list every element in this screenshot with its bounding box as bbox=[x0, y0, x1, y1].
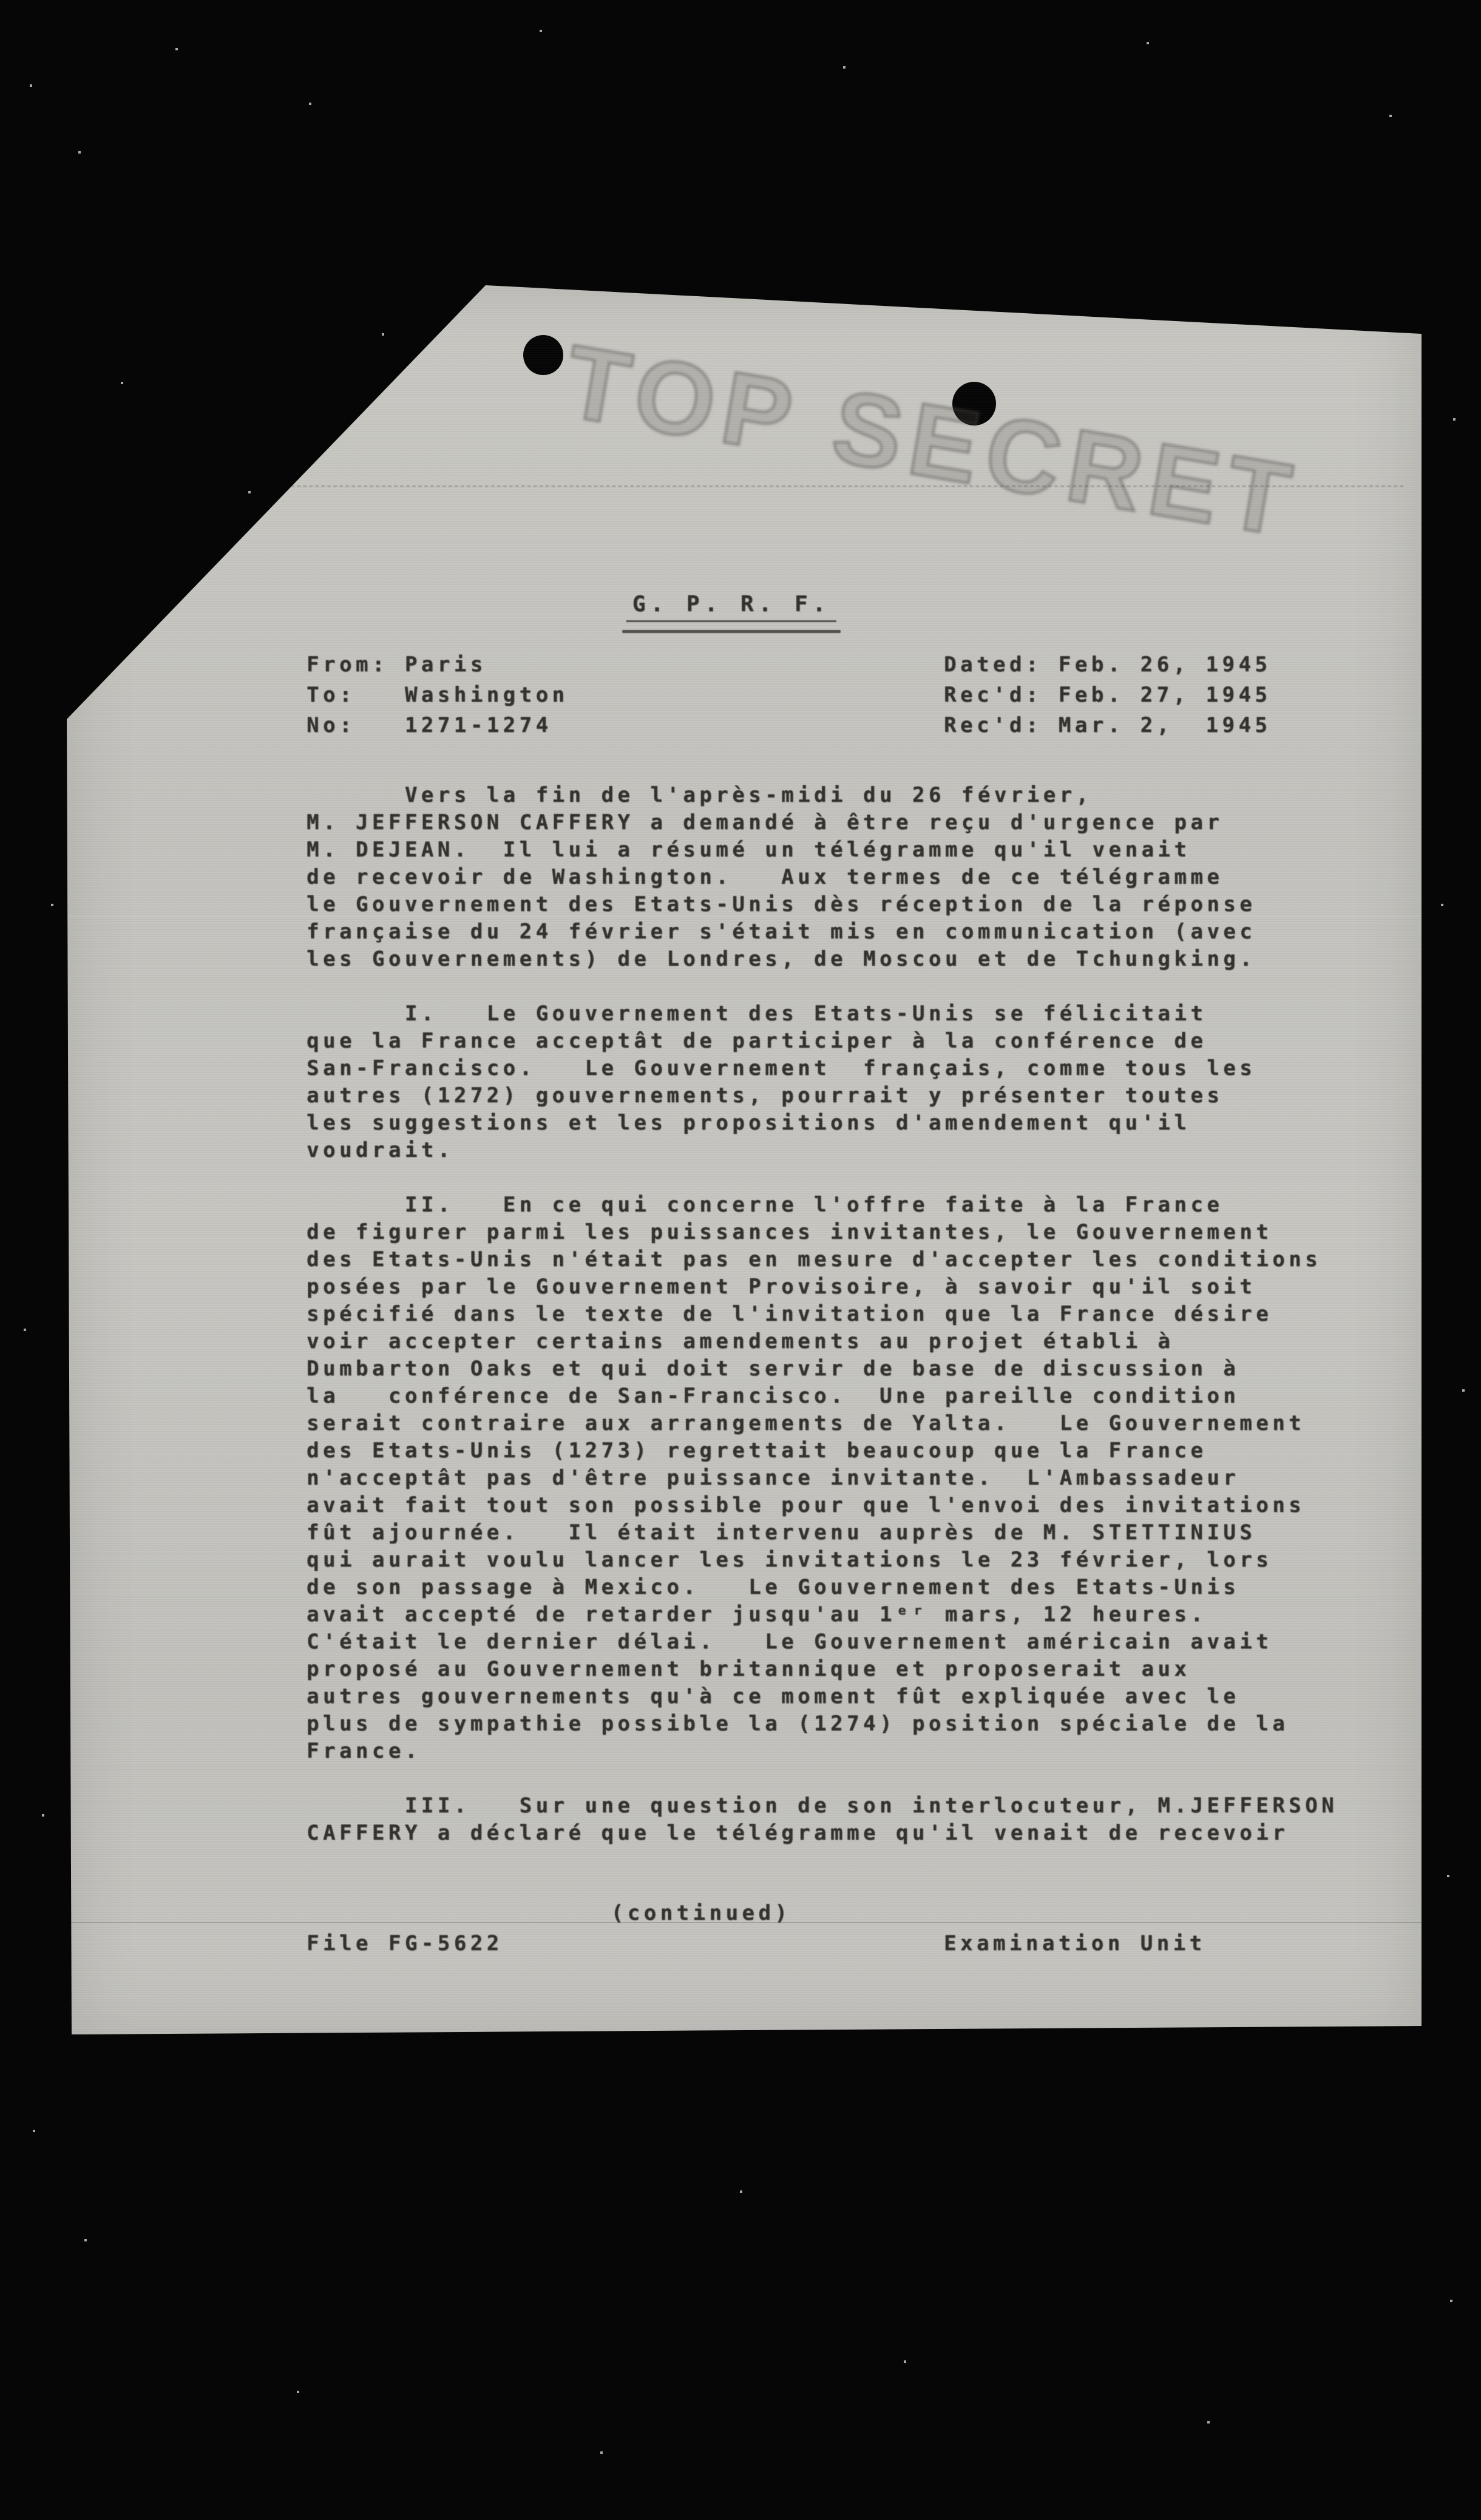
top-secret-stamp: TOP SECRET bbox=[557, 322, 1307, 561]
telegram-meta-dates: Dated: Feb. 26, 1945 Rec'd: Feb. 27, 194… bbox=[944, 649, 1271, 740]
scan-artifact-dashed-line bbox=[73, 486, 1403, 487]
file-number: File FG-5622 bbox=[307, 1931, 503, 1956]
document-paper: TOP SECRET G. P. R. F. From: Paris To: W… bbox=[67, 285, 1422, 2034]
title-underline-rule bbox=[622, 630, 841, 633]
examination-unit-label: Examination Unit bbox=[944, 1931, 1206, 1956]
document-title: G. P. R. F. bbox=[626, 592, 836, 622]
telegram-body-text: Vers la fin de l'après-midi du 26 févrie… bbox=[307, 782, 1338, 1847]
continued-note: (continued) bbox=[611, 1901, 791, 1925]
scanned-page: TOP SECRET G. P. R. F. From: Paris To: W… bbox=[0, 0, 1481, 2520]
scan-artifact-line bbox=[67, 1922, 1422, 1923]
telegram-meta-origin: From: Paris To: Washington No: 1271-1274 bbox=[307, 649, 569, 740]
punch-hole-left bbox=[523, 335, 563, 375]
